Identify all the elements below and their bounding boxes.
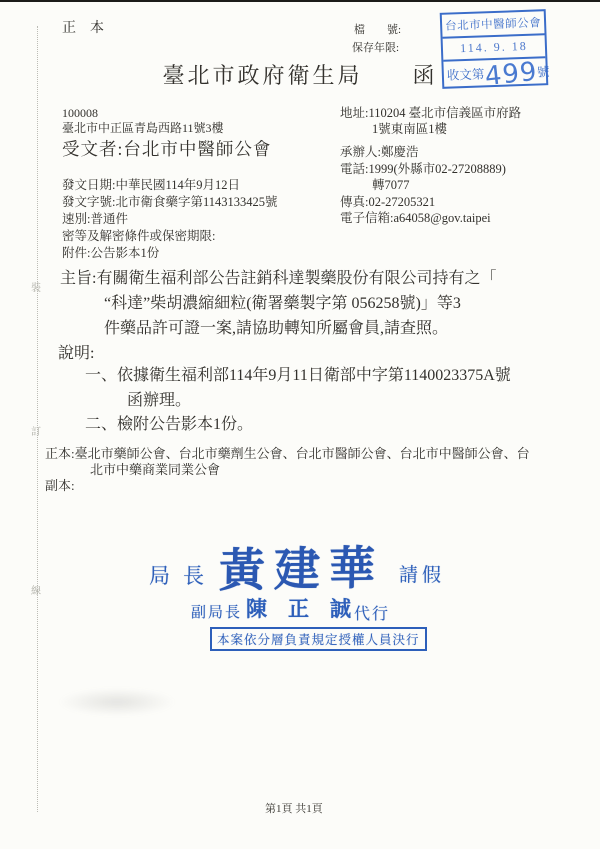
deputy-director-title-stamp: 副局長 — [191, 604, 242, 623]
director-name-signature-stamp: 黃建華 — [219, 540, 385, 600]
attachment-note: 附件:公告影本1份 — [62, 246, 159, 262]
file-number-label: 檔 號: — [354, 24, 401, 38]
authorization-note-stamp: 本案依分層負責規定授權人員決行 — [210, 627, 427, 651]
receive-number-prefix: 收文第 — [447, 67, 485, 82]
scan-smudge-artifact — [58, 688, 176, 716]
scanned-official-letter: 裝 訂 線 正 本 檔 號: 保存年限: 臺北市政府衛生局 函 台北市中醫師公會… — [0, 0, 600, 849]
distribution-copy-label: 副本: — [45, 478, 75, 494]
binding-mark-zhuang: 裝 — [31, 279, 41, 294]
explanation-item2: 二、檢附公告影本1份。 — [85, 415, 253, 435]
issue-number: 發文字號:北市衛食藥字第1143133425號 — [62, 195, 278, 211]
explanation-item1-line1: 一、依據衛生福利部114年9月11日衛部中字第1140023375A號 — [85, 366, 511, 386]
recipient-address: 臺北市中正區青島西路11號3樓 — [62, 121, 224, 136]
binding-mark-ding: 訂 — [31, 423, 41, 438]
deputy-director-name-stamp: 陳 正 誠 — [246, 596, 351, 622]
subject-line3: 件藥品許可證一案,請協助轉知所屬會員,請查照。 — [104, 319, 448, 339]
priority: 速別:普通件 — [62, 212, 128, 228]
explanation-label: 說明: — [58, 344, 94, 364]
sender-phone-line1: 電話:1999(外縣市02-27208889) — [340, 162, 506, 178]
issue-date: 發文日期:中華民國114年9月12日 — [62, 178, 240, 194]
distribution-original-line1: 正本:臺北市藥師公會、台北市藥劑生公會、台北市醫師公會、台北市中醫師公會、台 — [45, 446, 530, 462]
receive-stamp-org: 台北市中醫師公會 — [442, 11, 545, 39]
explanation-item1-line2: 函辦理。 — [127, 391, 191, 411]
sender-fax: 傳真:02-27205321 — [340, 195, 435, 211]
deputy-acting-stamp: 代行 — [354, 605, 390, 625]
receive-number-suffix: 號 — [537, 65, 550, 79]
sender-email: 電子信箱:a64058@gov.taipei — [340, 211, 491, 227]
distribution-original-line2: 北市中藥商業同業公會 — [90, 462, 220, 478]
recipient-line: 受文者:台北市中醫師公會 — [62, 139, 271, 161]
subject-line2: “科達”柴胡濃縮細粒(衛署藥製字第 056258號)」等3 — [104, 294, 461, 314]
classification: 密等及解密條件或保密期限: — [62, 229, 215, 245]
sender-phone-line2: 轉7077 — [372, 178, 410, 194]
copy-type-label: 正 本 — [62, 20, 104, 38]
sender-address-line1: 地址:110204 臺北市信義區市府路 — [340, 106, 521, 122]
director-title-stamp: 局長 — [149, 563, 217, 589]
director-on-leave-stamp: 請假 — [399, 564, 445, 588]
recipient-zipcode: 100008 — [62, 106, 98, 121]
binding-dotted-line — [37, 26, 38, 812]
subject-line1: 主旨:有關衛生福利部公告註銷科達製藥股份有限公司持有之「 — [60, 269, 496, 289]
sender-contact-person: 承辦人:鄭慶浩 — [340, 145, 418, 161]
binding-mark-xian: 線 — [31, 582, 41, 597]
sender-address-line2: 1號東南區1樓 — [372, 122, 447, 138]
receive-number-handwritten: 499 — [484, 67, 537, 82]
retention-period-label: 保存年限: — [352, 42, 399, 56]
scan-edge-artifact — [0, 0, 600, 2]
page-number: 第1頁 共1頁 — [265, 803, 323, 817]
receive-stamp: 台北市中醫師公會 114. 9. 18 收文第499號 — [440, 9, 549, 89]
receive-stamp-number-row: 收文第499號 — [443, 58, 546, 87]
